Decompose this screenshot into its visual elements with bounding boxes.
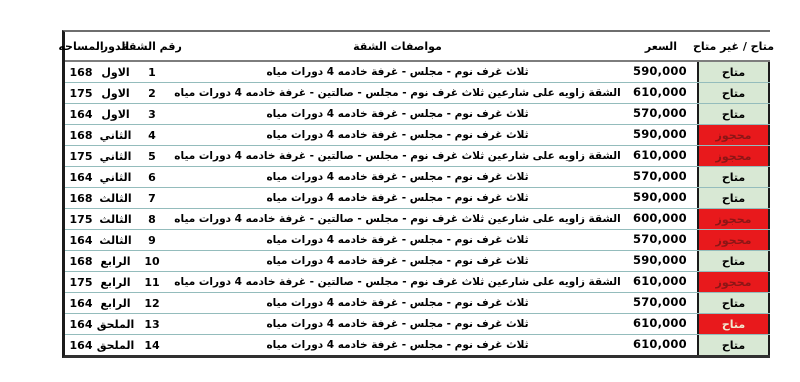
- price-cell: 590,000: [625, 62, 697, 82]
- floor-cell: الثاني: [97, 167, 134, 187]
- area-cell: 168: [65, 188, 97, 208]
- apartment-no-cell: 7: [134, 188, 170, 208]
- area-cell: 164: [65, 293, 97, 313]
- header-area: المساحه: [65, 32, 97, 60]
- header-price: السعر: [625, 32, 697, 60]
- specs-cell: ثلاث غرف نوم - مجلس - غرفة خادمه 4 دورات…: [170, 62, 625, 82]
- specs-cell: الشقة زاويه على شارعين ثلاث غرف نوم - مج…: [170, 272, 625, 292]
- table-row: متاح610,000ثلاث غرف نوم - مجلس - غرفة خا…: [65, 314, 770, 335]
- floor-cell: الثاني: [97, 125, 134, 145]
- specs-cell: ثلاث غرف نوم - مجلس - غرفة خادمه 4 دورات…: [170, 293, 625, 313]
- apartments-table: متاح / غير متاح السعر مواصفات الشقة رقم …: [62, 30, 770, 358]
- status-cell: متاح: [697, 83, 770, 103]
- floor-cell: الرابع: [97, 272, 134, 292]
- specs-cell: الشقة زاويه على شارعين ثلاث غرف نوم - مج…: [170, 83, 625, 103]
- specs-cell: الشقة زاويه على شارعين ثلاث غرف نوم - مج…: [170, 146, 625, 166]
- apartment-no-cell: 11: [134, 272, 170, 292]
- area-cell: 168: [65, 125, 97, 145]
- area-cell: 164: [65, 167, 97, 187]
- specs-cell: ثلاث غرف نوم - مجلس - غرفة خادمه 4 دورات…: [170, 167, 625, 187]
- floor-cell: الثالث: [97, 188, 134, 208]
- status-cell: متاح: [697, 314, 770, 334]
- specs-cell: ثلاث غرف نوم - مجلس - غرفة خادمه 4 دورات…: [170, 104, 625, 124]
- price-cell: 610,000: [625, 272, 697, 292]
- specs-cell: ثلاث غرف نوم - مجلس - غرفة خادمه 4 دورات…: [170, 188, 625, 208]
- status-cell: متاح: [697, 104, 770, 124]
- floor-cell: الاول: [97, 104, 134, 124]
- price-cell: 610,000: [625, 335, 697, 355]
- price-cell: 570,000: [625, 293, 697, 313]
- table-row: متاح590,000ثلاث غرف نوم - مجلس - غرفة خا…: [65, 251, 770, 272]
- apartment-no-cell: 2: [134, 83, 170, 103]
- area-cell: 164: [65, 314, 97, 334]
- apartment-no-cell: 9: [134, 230, 170, 250]
- price-cell: 590,000: [625, 125, 697, 145]
- floor-cell: الرابع: [97, 251, 134, 271]
- area-cell: 175: [65, 83, 97, 103]
- apartment-no-cell: 14: [134, 335, 170, 355]
- status-cell: محجوز: [697, 272, 770, 292]
- table-header-row: متاح / غير متاح السعر مواصفات الشقة رقم …: [65, 32, 770, 62]
- status-cell: محجوز: [697, 125, 770, 145]
- floor-cell: الثالث: [97, 209, 134, 229]
- apartments-availability-sheet: متاح / غير متاح السعر مواصفات الشقة رقم …: [0, 0, 800, 382]
- status-cell: متاح: [697, 167, 770, 187]
- apartment-no-cell: 1: [134, 62, 170, 82]
- specs-cell: الشقة زاويه على شارعين ثلاث غرف نوم - مج…: [170, 209, 625, 229]
- floor-cell: الرابع: [97, 293, 134, 313]
- apartment-no-cell: 13: [134, 314, 170, 334]
- specs-cell: ثلاث غرف نوم - مجلس - غرفة خادمه 4 دورات…: [170, 314, 625, 334]
- apartment-no-cell: 4: [134, 125, 170, 145]
- table-row: متاح610,000الشقة زاويه على شارعين ثلاث غ…: [65, 83, 770, 104]
- area-cell: 164: [65, 335, 97, 355]
- table-row: متاح570,000ثلاث غرف نوم - مجلس - غرفة خا…: [65, 167, 770, 188]
- floor-cell: الاول: [97, 83, 134, 103]
- status-cell: متاح: [697, 293, 770, 313]
- area-cell: 168: [65, 62, 97, 82]
- price-cell: 610,000: [625, 146, 697, 166]
- apartment-no-cell: 3: [134, 104, 170, 124]
- specs-cell: ثلاث غرف نوم - مجلس - غرفة خادمه 4 دورات…: [170, 230, 625, 250]
- table-row: متاح610,000ثلاث غرف نوم - مجلس - غرفة خا…: [65, 335, 770, 355]
- specs-cell: ثلاث غرف نوم - مجلس - غرفة خادمه 4 دورات…: [170, 125, 625, 145]
- price-cell: 570,000: [625, 167, 697, 187]
- table-row: متاح590,000ثلاث غرف نوم - مجلس - غرفة خا…: [65, 62, 770, 83]
- area-cell: 168: [65, 251, 97, 271]
- table-body: متاح590,000ثلاث غرف نوم - مجلس - غرفة خا…: [65, 62, 770, 355]
- price-cell: 590,000: [625, 251, 697, 271]
- status-cell: محجوز: [697, 230, 770, 250]
- specs-cell: ثلاث غرف نوم - مجلس - غرفة خادمه 4 دورات…: [170, 251, 625, 271]
- floor-cell: الملحق: [97, 314, 134, 334]
- status-cell: متاح: [697, 62, 770, 82]
- floor-cell: الثاني: [97, 146, 134, 166]
- table-row: متاح570,000ثلاث غرف نوم - مجلس - غرفة خا…: [65, 104, 770, 125]
- status-cell: محجوز: [697, 209, 770, 229]
- status-cell: متاح: [697, 188, 770, 208]
- apartment-no-cell: 12: [134, 293, 170, 313]
- status-cell: متاح: [697, 251, 770, 271]
- header-status: متاح / غير متاح: [697, 32, 770, 60]
- price-cell: 600,000: [625, 209, 697, 229]
- table-row: متاح570,000ثلاث غرف نوم - مجلس - غرفة خا…: [65, 293, 770, 314]
- area-cell: 175: [65, 146, 97, 166]
- apartment-no-cell: 10: [134, 251, 170, 271]
- status-cell: متاح: [697, 335, 770, 355]
- header-specs: مواصفات الشقة: [170, 32, 625, 60]
- apartment-no-cell: 8: [134, 209, 170, 229]
- table-row: محجوز570,000ثلاث غرف نوم - مجلس - غرفة خ…: [65, 230, 770, 251]
- header-apartment-no: رقم الشقة: [134, 32, 170, 60]
- floor-cell: الاول: [97, 62, 134, 82]
- price-cell: 590,000: [625, 188, 697, 208]
- specs-cell: ثلاث غرف نوم - مجلس - غرفة خادمه 4 دورات…: [170, 335, 625, 355]
- area-cell: 175: [65, 209, 97, 229]
- apartment-no-cell: 6: [134, 167, 170, 187]
- table-row: محجوز600,000الشقة زاويه على شارعين ثلاث …: [65, 209, 770, 230]
- table-row: متاح590,000ثلاث غرف نوم - مجلس - غرفة خا…: [65, 188, 770, 209]
- price-cell: 570,000: [625, 230, 697, 250]
- status-cell: محجوز: [697, 146, 770, 166]
- price-cell: 610,000: [625, 314, 697, 334]
- apartment-no-cell: 5: [134, 146, 170, 166]
- price-cell: 610,000: [625, 83, 697, 103]
- area-cell: 164: [65, 104, 97, 124]
- area-cell: 164: [65, 230, 97, 250]
- table-row: محجوز610,000الشقة زاويه على شارعين ثلاث …: [65, 272, 770, 293]
- price-cell: 570,000: [625, 104, 697, 124]
- floor-cell: الثالث: [97, 230, 134, 250]
- table-row: محجوز610,000الشقة زاويه على شارعين ثلاث …: [65, 146, 770, 167]
- table-row: محجوز590,000ثلاث غرف نوم - مجلس - غرفة خ…: [65, 125, 770, 146]
- area-cell: 175: [65, 272, 97, 292]
- floor-cell: الملحق: [97, 335, 134, 355]
